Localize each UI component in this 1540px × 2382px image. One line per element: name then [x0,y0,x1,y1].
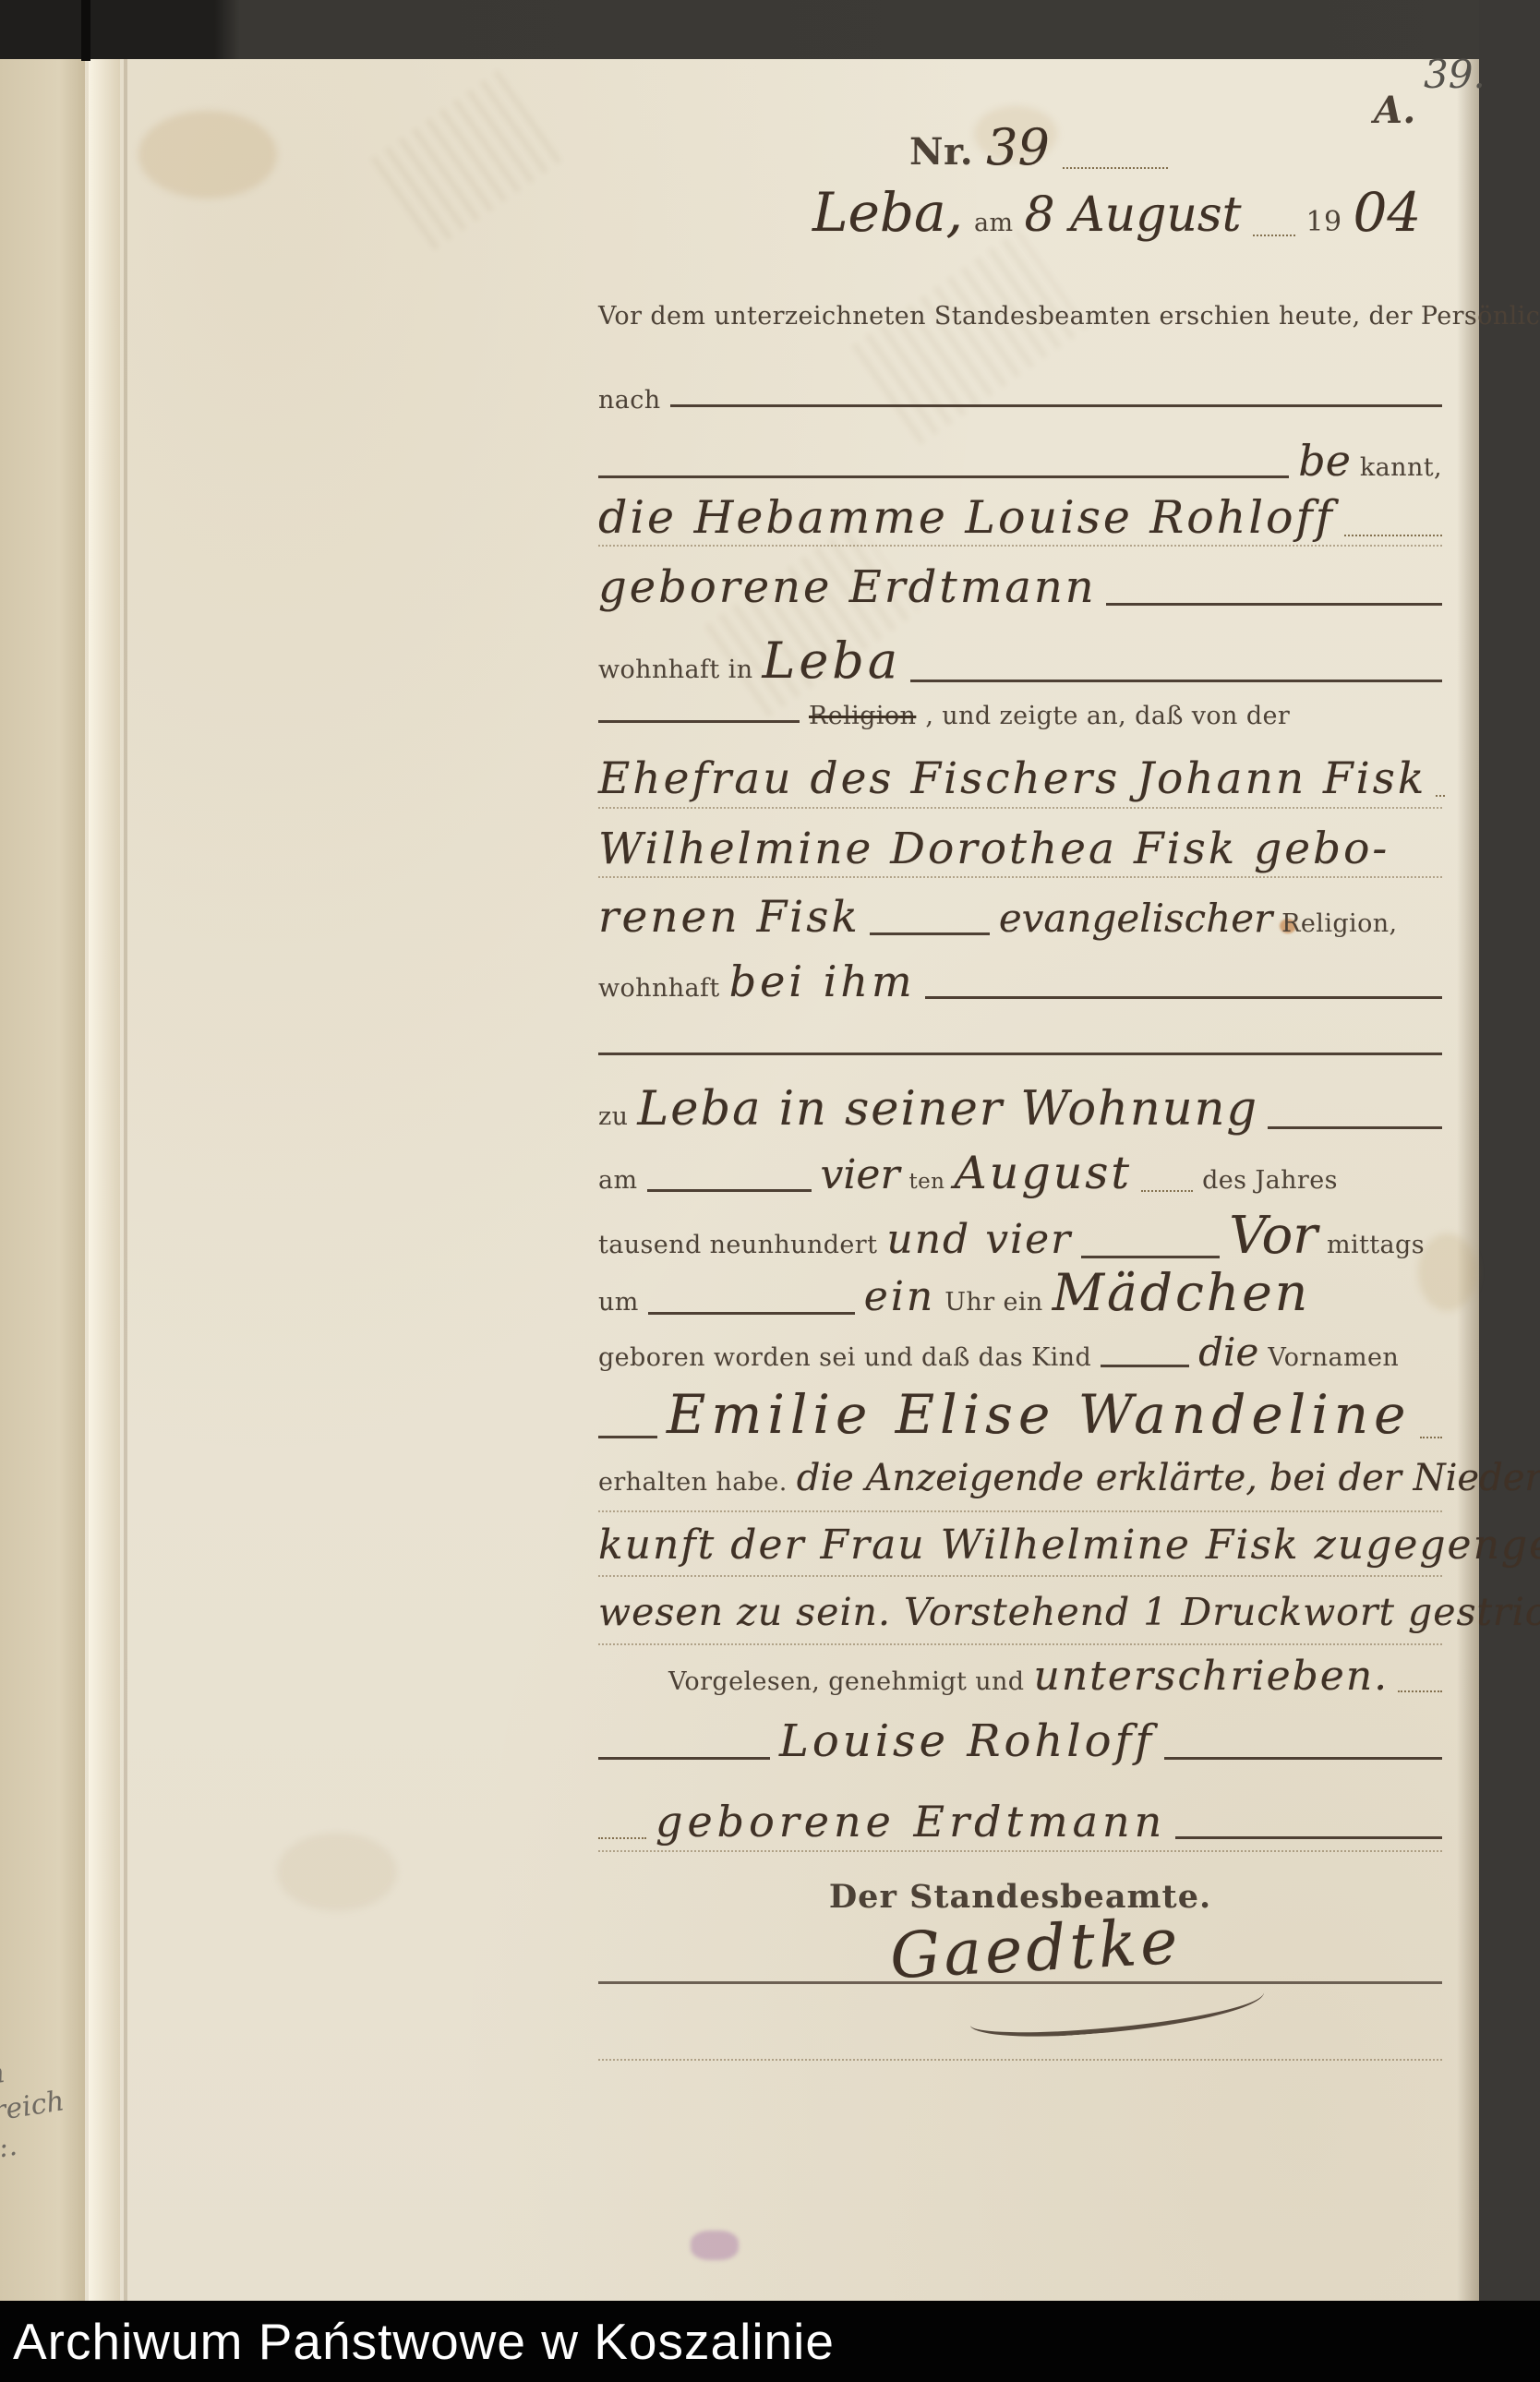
blank-rule [598,720,800,723]
mother-text-2: Wilhelmine Dorothea Fisk gebo- [598,824,1390,874]
mittags-label: mittags [1327,1231,1425,1259]
signature-line-2: geborene Erdtmann [598,1797,1442,1847]
um-label: um [598,1288,639,1317]
blank-rule [925,996,1442,999]
die-written: die [1198,1329,1258,1375]
birth-day-line: am vier ten August des Jahres [598,1147,1442,1199]
registrar-title-line: Der Standesbeamte. [598,1878,1442,1916]
kannt-label: kannt, [1360,453,1442,482]
note-text-2: kunft der Frau Wilhelmine Fisk zugegenge… [598,1522,1540,1569]
day-written: vier [821,1151,900,1198]
vorgelesen-label: Vorgelesen, genehmigt und [668,1667,1024,1696]
am-label: am [974,209,1014,237]
ten-suffix: ten [909,1170,945,1194]
child-name-line: Emilie Elise Wandeline [598,1383,1442,1446]
blank-rule [1164,1757,1442,1760]
intro-line: Vor dem unterzeichneten Standesbeamten e… [598,302,1442,331]
note-text-3: wesen zu sein. Vorstehend 1 Druckwort ge… [598,1590,1540,1634]
mother-line-1: Ehefrau des Fischers Johann Fisk [598,753,1442,804]
declarant-signature-born: geborene Erdtmann [656,1797,1166,1847]
empty-blank-line [598,1053,1442,1063]
uhr-ein-label: Uhr ein [944,1288,1042,1317]
wohnhaft-label: wohnhaft [598,974,720,1003]
bei-ihm-written: bei ihm [729,956,916,1006]
year-words-written: und vier [886,1216,1072,1263]
note-text-1: die Anzeigende erklärte, bei der Nieder- [797,1457,1540,1499]
binding-fold-shadow [124,57,127,2303]
nach-label: nach [598,386,661,415]
blank-rule [598,1981,1442,1984]
des-jahres-label: des Jahres [1202,1166,1338,1195]
intro-text: Vor dem unterzeichneten Standesbeamten e… [598,302,1540,331]
gender-written: Mädchen [1053,1263,1311,1322]
year-printed: 19 [1306,206,1342,238]
scan-top-border [0,0,1540,59]
nr-label: Nr. [909,130,973,174]
blank-rule [1420,1437,1442,1438]
page-gutter-edge [0,57,85,2303]
registrar-signature-line: Gaedtke [890,1913,1352,1986]
binding-fold [89,57,120,2303]
birth-hour-line: um ein Uhr ein Mädchen [598,1263,1442,1322]
geboren-kind-label: geboren worden sei und daß das Kind [598,1343,1091,1372]
ink-smudge [691,2231,739,2260]
scan-right-border [1479,0,1540,2382]
blank-rule [870,932,990,935]
child-name-written: Emilie Elise Wandeline [667,1383,1411,1446]
mother-residence-line: wohnhaft bei ihm [598,956,1442,1006]
blank-rule [1344,535,1442,536]
vorgelesen-line: Vorgelesen, genehmigt und unterschrieben… [668,1653,1442,1700]
note-line-3: wesen zu sein. Vorstehend 1 Druckwort ge… [598,1590,1442,1634]
place-date-line: Leba, am 8 August 19 04 [812,181,1474,244]
final-dotted-rule [598,2059,1442,2061]
blank-rule [598,1436,657,1438]
writing-guide-line [598,1643,1442,1645]
kind-vornamen-line: geboren worden sei und daß das Kind die … [598,1329,1442,1375]
writing-guide-line [598,1575,1442,1577]
am2-label: am [598,1166,638,1195]
blank-rule [910,680,1442,682]
blank-rule [647,1189,812,1192]
birth-place-written: Leba in seiner Wohnung [637,1082,1258,1137]
declarant-line: die Hebamme Louise Rohloff [598,491,1442,544]
blank-rule [1436,795,1445,797]
place-written: Leba, [812,181,963,244]
signature-line-1: Louise Rohloff [598,1715,1442,1767]
pencil-number: 39. [1424,52,1486,97]
form-letter: A. [1374,89,1416,132]
spine-line [81,0,90,61]
bekannt-line: be kannt, [598,436,1442,486]
blank-rule [1141,1190,1193,1192]
blank-rule [1253,235,1295,236]
zeigte-an-label: , und zeigte an, daß von der [925,702,1290,730]
religion-struck-label: Religion [809,702,916,730]
declarant-name: die Hebamme Louise Rohloff [598,491,1335,544]
blank-rule [1268,1126,1442,1129]
vor-written: Vor [1229,1206,1317,1266]
archive-label-bar: Archiwum Państwowe w Koszalinie [0,2301,1540,2382]
mother-line-2: Wilhelmine Dorothea Fisk gebo- [598,824,1442,874]
blank-rule [1101,1365,1189,1367]
birth-year-line: tausend neunhundert und vier Vor mittags [598,1206,1442,1266]
blank-rule [670,404,1442,407]
blank-rule [1081,1256,1220,1258]
blank-rule [598,1757,770,1760]
mother-line-3: renen Fisk evangelischer Religion, [598,892,1442,943]
unterschrieben-written: unterschrieben. [1033,1653,1389,1700]
blank-rule [598,475,1289,478]
residence-line: wohnhaft in Leba [598,632,1442,690]
mother-text-1: Ehefrau des Fischers Johann Fisk [598,753,1426,804]
hour-written: ein [864,1273,935,1320]
blank-rule [1106,603,1442,606]
blank-rule [648,1312,855,1315]
wohnhaft-in-label: wohnhaft in [598,656,752,684]
year-written: 04 [1353,181,1421,244]
writing-guide-line [598,1510,1442,1512]
mother-text-3: renen Fisk [598,892,860,943]
mother-religion-written: evangelischer [999,896,1272,941]
archive-name: Archiwum Państwowe w Koszalinie [0,2312,835,2371]
erhalten-note-line: erhalten habe. die Anzeigende erklärte, … [598,1457,1442,1499]
writing-guide-line [598,876,1442,878]
month-written: August [954,1147,1132,1199]
page-edge-shadow [1457,57,1479,2303]
note-line-2: kunft der Frau Wilhelmine Fisk zugegenge… [598,1522,1442,1569]
blank-rule [598,1053,1442,1055]
birth-place-line: zu Leba in seiner Wohnung [598,1082,1442,1137]
archival-folio-number: 39. [1424,52,1525,97]
nach-line: nach [598,386,1442,415]
residence-written: Leba [762,632,901,690]
foxing-stain [277,1833,397,1911]
blank-rule [1063,167,1168,169]
erhalten-habe-label: erhalten habe. [598,1468,788,1497]
be-written: be [1298,436,1351,486]
date-written: 8 August [1024,187,1241,243]
writing-guide-line [598,807,1442,809]
archival-scan: A. 39. Nr. 39 Leba, am 8 August 19 04 Vo… [0,0,1540,2382]
declarant-born-line: geborene Erdtmann [598,561,1442,613]
tausend-label: tausend neunhundert [598,1231,877,1259]
foxing-stain [138,111,277,198]
zu-label: zu [598,1102,628,1131]
nr-value: 39 [986,118,1050,176]
religion-label: Religion, [1281,909,1397,938]
religion-struck-line: Religion , und zeigte an, daß von der [598,702,1442,730]
record-number-line: Nr. 39 [909,118,1168,176]
blank-rule [1175,1836,1442,1839]
writing-guide-line [598,1850,1442,1852]
declarant-born-name: geborene Erdtmann [598,561,1097,613]
blank-rule [598,1837,646,1839]
blank-rule [1398,1690,1442,1692]
declarant-signature: Louise Rohloff [779,1715,1155,1767]
writing-guide-line [598,545,1442,547]
registrar-signature: Gaedtke [888,1906,1183,1993]
vornamen-label: Vornamen [1268,1343,1399,1372]
